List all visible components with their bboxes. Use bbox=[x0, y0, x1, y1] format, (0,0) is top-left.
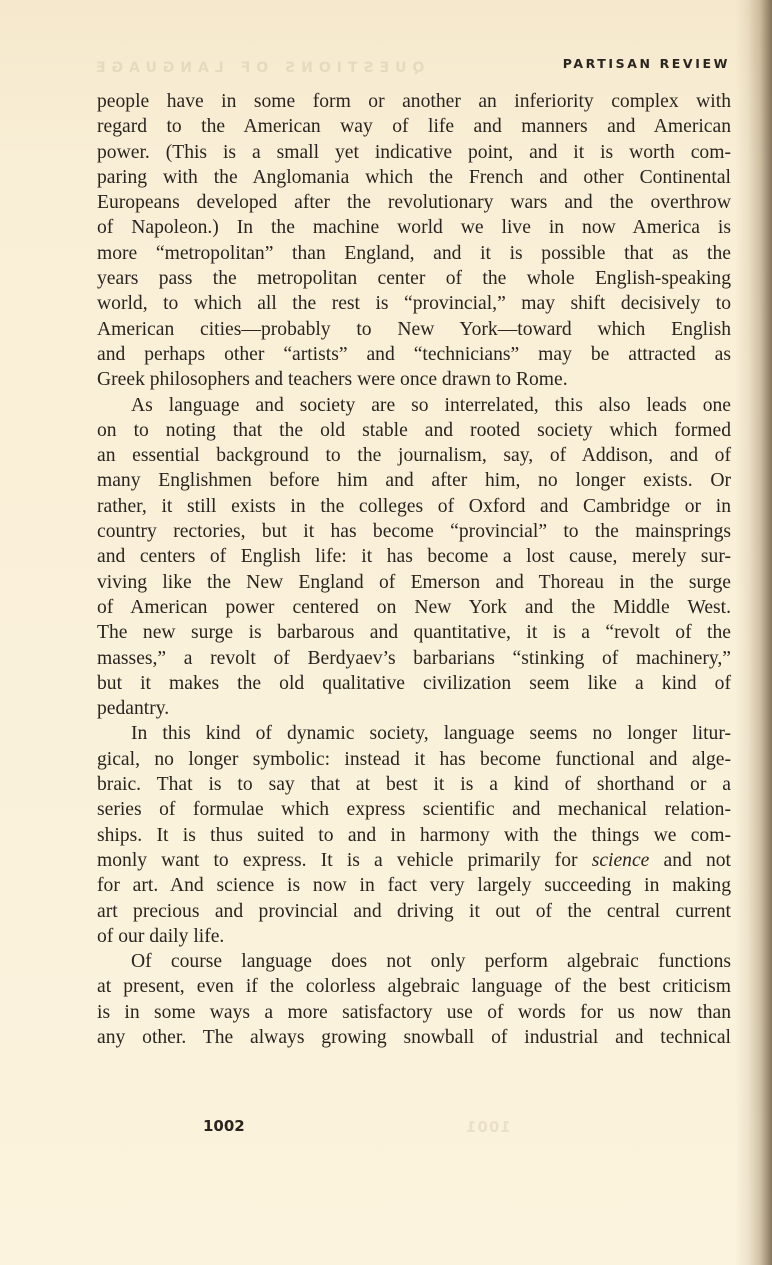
text-line: Europeans developed after the revolution… bbox=[97, 190, 731, 215]
text-line: people have in some form or another an i… bbox=[97, 89, 731, 114]
text-segment: monly want to express. It is a vehicle p… bbox=[97, 850, 592, 871]
bleed-through-running-head: QUESTIONS OF LANGUAGE bbox=[90, 60, 424, 76]
text-line: years pass the metropolitan center of th… bbox=[97, 266, 731, 291]
text-line: art precious and provincial and driving … bbox=[97, 899, 731, 924]
paragraph-start-line: As language and society are so interrela… bbox=[97, 393, 731, 418]
text-segment: and not bbox=[649, 850, 731, 871]
paragraph-start-line: In this kind of dynamic society, languag… bbox=[97, 721, 731, 746]
text-line: American cities—probably to New York—tow… bbox=[97, 317, 731, 342]
text-line: gical, no longer symbolic: instead it ha… bbox=[97, 747, 731, 772]
paragraph-end-line: of our daily life. bbox=[97, 924, 731, 949]
text-line-with-italic: monly want to express. It is a vehicle p… bbox=[97, 848, 731, 873]
text-line: many Englishmen before him and after him… bbox=[97, 468, 731, 493]
text-line: at present, even if the colorless algebr… bbox=[97, 974, 731, 999]
text-line: regard to the American way of life and m… bbox=[97, 114, 731, 139]
text-line: any other. The always growing snowball o… bbox=[97, 1025, 731, 1050]
body-text: people have in some form or another an i… bbox=[97, 89, 731, 1050]
text-line: series of formulae which express scienti… bbox=[97, 797, 731, 822]
text-line: and perhaps other “artists” and “technic… bbox=[97, 342, 731, 367]
running-head: PARTISAN REVIEW bbox=[563, 56, 730, 71]
page-number: 1002 bbox=[203, 1117, 245, 1135]
text-line: power. (This is a small yet indicative p… bbox=[97, 140, 731, 165]
text-line: braic. That is to say that at best it is… bbox=[97, 772, 731, 797]
book-page: QUESTIONS OF LANGUAGE 1001 PARTISAN REVI… bbox=[0, 0, 772, 1265]
text-line: and centers of English life: it has beco… bbox=[97, 544, 731, 569]
text-line: The new surge is barbarous and quantitat… bbox=[97, 620, 731, 645]
text-line: for art. And science is now in fact very… bbox=[97, 873, 731, 898]
text-line: rather, it still exists in the colleges … bbox=[97, 494, 731, 519]
text-line: ships. It is thus suited to and in harmo… bbox=[97, 823, 731, 848]
text-line: of American power centered on New York a… bbox=[97, 595, 731, 620]
paragraph-start-line: Of course language does not only perform… bbox=[97, 949, 731, 974]
paragraph-end-line: Greek philosophers and teachers were onc… bbox=[97, 367, 731, 392]
text-line: but it makes the old qualitative civiliz… bbox=[97, 671, 731, 696]
text-line: paring with the Anglomania which the Fre… bbox=[97, 165, 731, 190]
text-line: masses,” a revolt of Berdyaev’s barbaria… bbox=[97, 646, 731, 671]
text-line: is in some ways a more satisfactory use … bbox=[97, 1000, 731, 1025]
text-line: country rectories, but it has become “pr… bbox=[97, 519, 731, 544]
text-line: of Napoleon.) In the machine world we li… bbox=[97, 215, 731, 240]
text-line: world, to which all the rest is “provinc… bbox=[97, 291, 731, 316]
text-line: on to noting that the old stable and roo… bbox=[97, 418, 731, 443]
bleed-through-page-number: 1001 bbox=[465, 1118, 511, 1136]
italic-word-science: science bbox=[592, 850, 650, 871]
text-line: viving like the New England of Emerson a… bbox=[97, 570, 731, 595]
text-line: more “metropolitan” than England, and it… bbox=[97, 241, 731, 266]
text-line: an essential background to the journalis… bbox=[97, 443, 731, 468]
paragraph-end-line: pedantry. bbox=[97, 696, 731, 721]
